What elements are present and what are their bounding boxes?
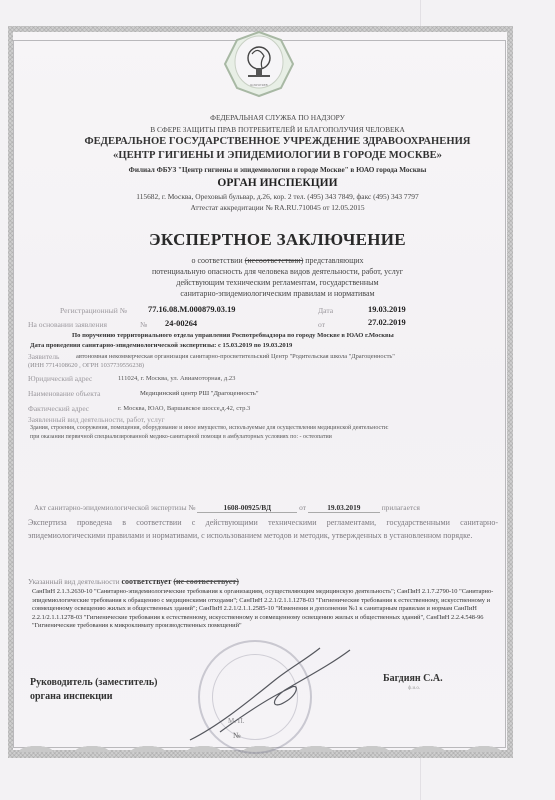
signer-role-line1: Руководитель (заместитель) xyxy=(30,677,158,688)
order-line: По поручению территориального отдела упр… xyxy=(72,332,394,339)
signer-name: Багдиян С.А. xyxy=(383,673,443,684)
act-from-label: от xyxy=(299,503,306,512)
title-subline-2: потенциальную опасность для человека вид… xyxy=(0,267,555,276)
branch-name: Филиал ФБУЗ "Центр гигиены и эпидемиолог… xyxy=(0,166,555,174)
agency-name-line1: ФЕДЕРАЛЬНАЯ СЛУЖБА ПО НАДЗОРУ xyxy=(0,113,555,122)
signer-role-line2: органа инспекции xyxy=(30,691,113,702)
act-line: Акт санитарно-эпидемиологической эксперт… xyxy=(34,503,420,513)
legal-address-label: Юридический адрес xyxy=(28,374,92,383)
application-no-label: № xyxy=(140,320,147,329)
conformity-label: Указанный вид деятельности xyxy=(28,577,120,586)
emblem-icon: ROSPOTREB xyxy=(221,30,297,98)
agency-name-line2: В СФЕРЕ ЗАЩИТЫ ПРАВ ПОТРЕБИТЕЛЕЙ И БЛАГО… xyxy=(0,125,555,134)
object-name-label: Наименование объекта xyxy=(28,389,100,398)
sub1-strike: (несоответствии) xyxy=(245,256,304,265)
conformity-not-complies: (не соответствует) xyxy=(173,577,239,586)
actual-address-value: г. Москва, ЮАО, Варшавское шоссе,д.42, с… xyxy=(118,405,250,412)
legal-address-value: 111024, г. Москва, ул. Авиамоторная, д.2… xyxy=(118,375,235,382)
org-name-line2: «ЦЕНТР ГИГИЕНЫ И ЭПИДЕМИОЛОГИИ В ГОРОДЕ … xyxy=(0,150,555,161)
stamp-label: М. П. xyxy=(228,717,245,725)
object-name-value: Медицинский центр РШ "Драгоценность" xyxy=(140,390,259,397)
org-address: 115682, г. Москва, Ореховый бульвар, д.2… xyxy=(0,192,555,201)
application-number: 24-00264 xyxy=(165,319,197,328)
act-attached: прилагается xyxy=(382,503,420,512)
sub1-pre: о соответствии xyxy=(191,256,244,265)
title-subline-3: действующим техническим регламентам, гос… xyxy=(0,278,555,287)
application-label: На основании заявления xyxy=(28,320,107,329)
registration-label: Регистрационный № xyxy=(60,306,127,315)
accreditation-line: Аттестат аккредитации № RA.RU.710045 от … xyxy=(0,203,555,212)
conformity-line: Указанный вид деятельности соответствует… xyxy=(28,577,239,586)
inspection-body-title: ОРГАН ИНСПЕКЦИИ xyxy=(0,177,555,189)
expertise-conducted-text: Экспертиза проведена в соответствии с де… xyxy=(28,516,498,542)
activity-line2: при оказании первичной специализированно… xyxy=(30,434,332,440)
sanpin-references: СанПиН 2.1.3.2630-10 "Санитарно-эпидемио… xyxy=(32,588,500,631)
expertise-dates: Дата проведения санитарно-эпидемиологиче… xyxy=(30,342,292,349)
title-subline-4: санитарно-эпидемиологическим правилам и … xyxy=(0,289,555,298)
activity-label: Заявленный вид деятельности, работ, услу… xyxy=(28,415,165,424)
document-title: ЭКСПЕРТНОЕ ЗАКЛЮЧЕНИЕ xyxy=(0,230,555,250)
org-name-line1: ФЕДЕРАЛЬНОЕ ГОСУДАРСТВЕННОЕ УЧРЕЖДЕНИЕ З… xyxy=(0,136,555,147)
activity-line1: Здания, строения, сооружения, помещения,… xyxy=(30,425,389,431)
applicant-ids: (ИНН 7714108620 , ОГРН 1037739556238) xyxy=(28,362,144,369)
signature-icon xyxy=(180,640,360,750)
application-date: 27.02.2019 xyxy=(368,318,406,327)
registration-date-label: Дата xyxy=(318,306,333,315)
registration-date: 19.03.2019 xyxy=(368,305,406,314)
application-from-label: от xyxy=(318,320,325,329)
svg-text:ROSPOTREB: ROSPOTREB xyxy=(250,83,267,87)
number-mark: № xyxy=(233,731,241,740)
applicant-value: автономная некоммерческая организация са… xyxy=(76,353,395,360)
actual-address-label: Фактический адрес xyxy=(28,404,89,413)
act-number: 1608-00925/ВД xyxy=(197,503,297,513)
title-subline-1: о соответствии (несоответствии) представ… xyxy=(0,256,555,265)
conformity-complies: соответствует xyxy=(121,577,171,586)
act-date: 19.03.2019 xyxy=(308,503,380,513)
act-label: Акт санитарно-эпидемиологической эксперт… xyxy=(34,503,195,512)
registration-number: 77.16.08.М.000879.03.19 xyxy=(148,305,235,314)
sub1-post: представляющих xyxy=(303,256,363,265)
signer-fio-caption: ф.и.о. xyxy=(408,686,420,691)
applicant-label: Заявитель xyxy=(28,352,59,361)
